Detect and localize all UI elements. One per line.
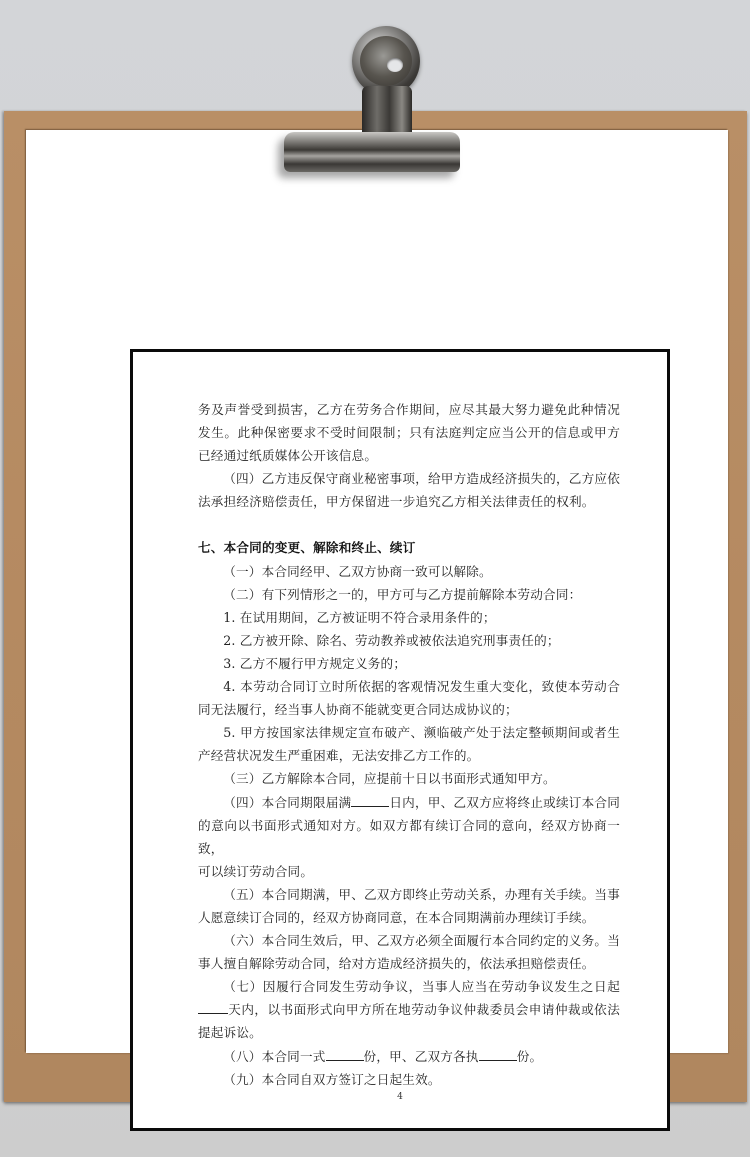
paragraph-7-1: （一）本合同经甲、乙双方协商一致可以解除。	[198, 560, 620, 583]
text-segment: （七）因履行合同发生劳动争议，当事人应当在劳动争议发生之日起	[223, 979, 620, 994]
fill-in-blank-copies-each[interactable]	[479, 1048, 517, 1061]
binder-clip-icon	[270, 22, 465, 172]
clip-hole	[387, 58, 403, 72]
paragraph-7-7: （七）因履行合同发生劳动争议，当事人应当在劳动争议发生之日起天内，以书面形式向甲…	[198, 975, 620, 1044]
list-item-3: 3. 乙方不履行甲方规定义务的；	[198, 652, 620, 675]
list-item-5: 5. 甲方按国家法律规定宣布破产、濒临破产处于法定整顿期间或者生产经营状况发生严…	[198, 721, 620, 767]
fill-in-blank-dispute-days[interactable]	[198, 1001, 228, 1014]
paragraph-7-3: （三）乙方解除本合同，应提前十日以书面形式通知甲方。	[198, 767, 620, 790]
paragraph-7-5: （五）本合同期满，甲、乙双方即终止劳动关系，办理有关手续。当事人愿意续订合同的，…	[198, 883, 620, 929]
fill-in-blank-copies-total[interactable]	[326, 1048, 364, 1061]
list-item-2: 2. 乙方被开除、除名、劳动教养或被依法追究刑事责任的；	[198, 629, 620, 652]
paragraph-clause-4-breach: （四）乙方违反保守商业秘密事项，给甲方造成经济损失的，乙方应依法承担经济赔偿责任…	[198, 467, 620, 513]
list-item-1: 1. 在试用期间，乙方被证明不符合录用条件的；	[198, 606, 620, 629]
paragraph-7-8: （八）本合同一式份，甲、乙双方各执份。	[198, 1045, 620, 1068]
page-number: 4	[133, 1092, 667, 1102]
paper-sheet: 务及声誉受到损害，乙方在劳务合作期间，应尽其最大努力避免此种情况发生。此种保密要…	[26, 130, 728, 1053]
paragraph-7-4-tail: 可以续订劳动合同。	[198, 860, 620, 883]
document-body: 务及声誉受到损害，乙方在劳务合作期间，应尽其最大努力避免此种情况发生。此种保密要…	[198, 398, 620, 1091]
text-segment: （四）本合同期限届满	[223, 795, 351, 810]
paragraph-7-9: （九）本合同自双方签订之日起生效。	[198, 1068, 620, 1091]
clip-bar	[284, 132, 460, 172]
text-segment: 份。	[517, 1049, 543, 1064]
text-segment: 份，甲、乙双方各执	[364, 1049, 479, 1064]
paragraph-7-6: （六）本合同生效后，甲、乙双方必须全面履行本合同约定的义务。当事人擅自解除劳动合…	[198, 929, 620, 975]
clip-ring-inner	[360, 36, 412, 86]
document-page-frame: 务及声誉受到损害，乙方在劳务合作期间，应尽其最大努力避免此种情况发生。此种保密要…	[130, 349, 670, 1131]
text-segment: 天内，以书面形式向甲方所在地劳动争议仲裁委员会申请仲裁或依法提起诉讼。	[198, 1002, 620, 1040]
text-segment: （八）本合同一式	[223, 1049, 325, 1064]
section-heading-7: 七、本合同的变更、解除和终止、续订	[198, 536, 620, 559]
paragraph-7-4: （四）本合同期限届满日内，甲、乙双方应将终止或续订本合同的意向以书面形式通知对方…	[198, 791, 620, 860]
paragraph-7-2: （二）有下列情形之一的，甲方可与乙方提前解除本劳动合同：	[198, 583, 620, 606]
list-item-4: 4. 本劳动合同订立时所依据的客观情况发生重大变化，致使本劳动合同无法履行，经当…	[198, 675, 620, 721]
paragraph-confidentiality-cont: 务及声誉受到损害，乙方在劳务合作期间，应尽其最大努力避免此种情况发生。此种保密要…	[198, 398, 620, 467]
fill-in-blank-days[interactable]	[351, 794, 389, 807]
